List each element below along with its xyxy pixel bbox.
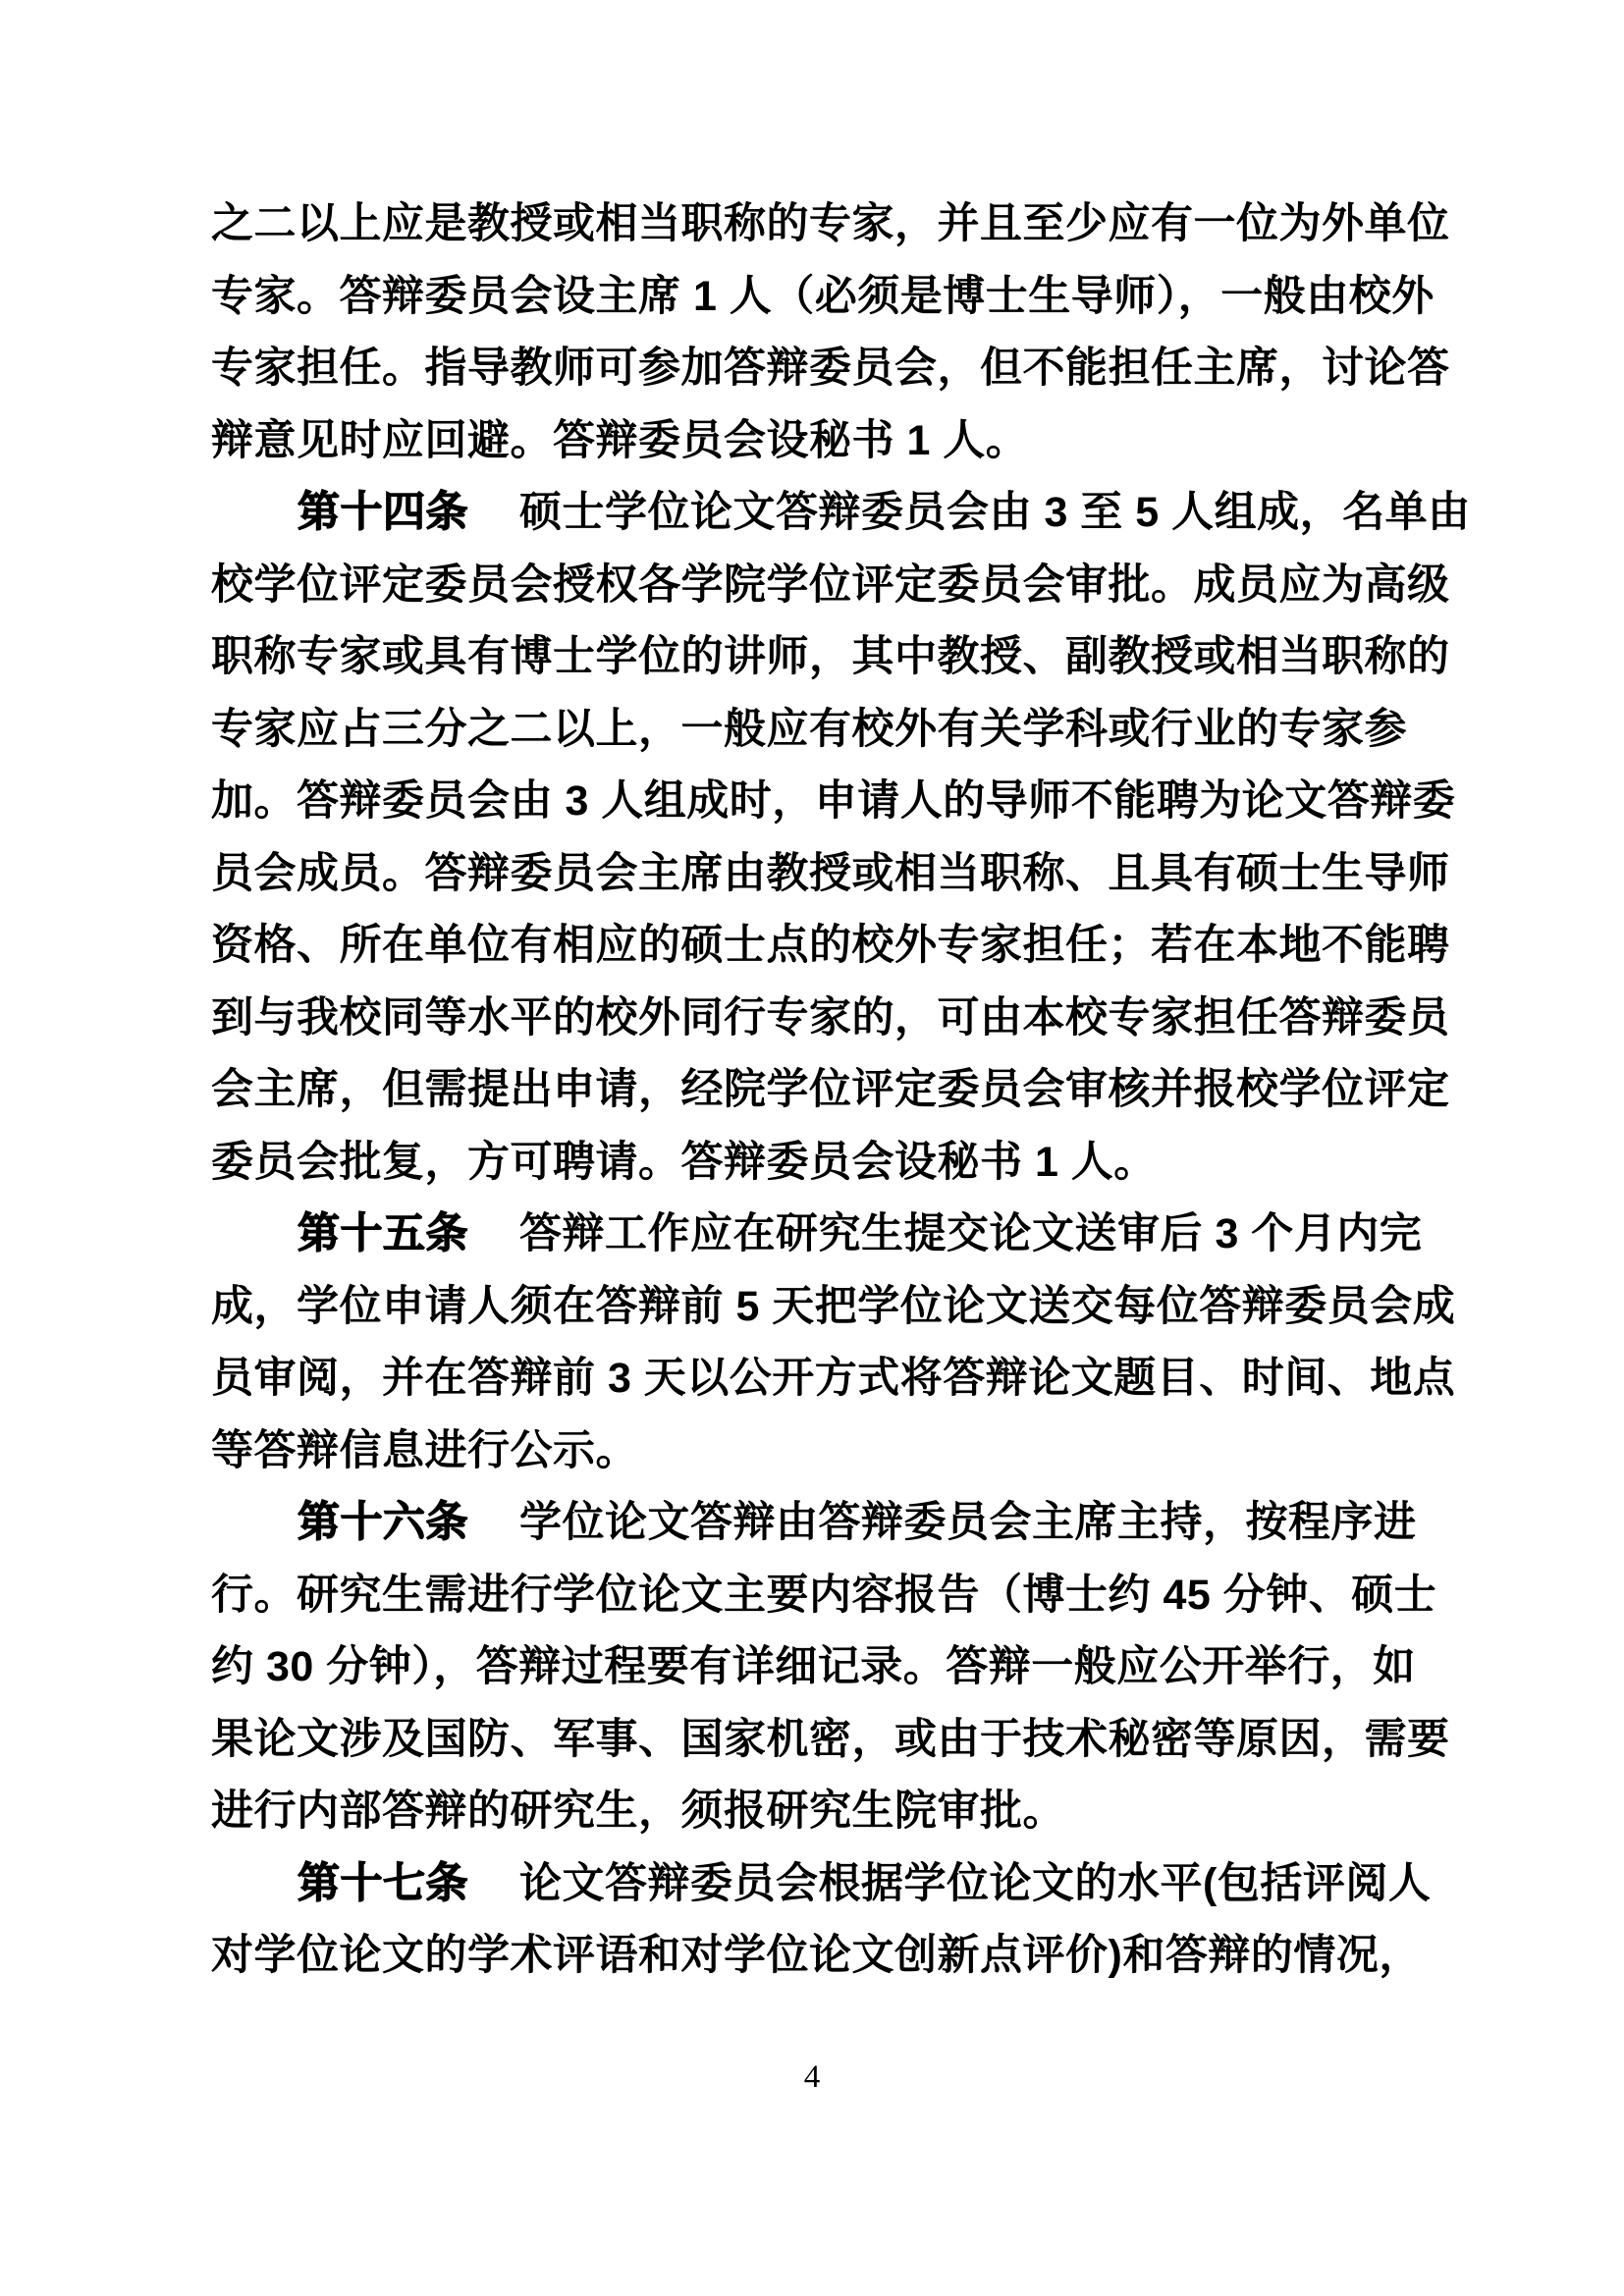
text-line: 等答辩信息进行公示。: [211, 1415, 1417, 1488]
document-page: 之二以上应是教授或相当职称的专家，并且至少应有一位为外单位 专家。答辩委员会设主…: [0, 0, 1624, 2296]
text-line: 专家担任。指导教师可参加答辩委员会，但不能担任主席，讨论答: [211, 333, 1417, 405]
paragraph-article-17: 第十七条论文答辩委员会根据学位论文的水平(包括评阅人 对学位论文的学术评语和对学…: [211, 1848, 1417, 1993]
page-number: 4: [0, 2057, 1624, 2097]
text-line: 专家。答辩委员会设主席 1 人（必须是博士生导师），一般由校外: [211, 261, 1417, 334]
text-line: 进行内部答辩的研究生，须报研究生院审批。: [211, 1776, 1417, 1848]
document-body: 之二以上应是教授或相当职称的专家，并且至少应有一位为外单位 专家。答辩委员会设主…: [211, 188, 1417, 1993]
text-line: 加。答辩委员会由 3 人组成时，申请人的导师不能聘为论文答辩委: [211, 766, 1417, 838]
text-line: 资格、所在单位有相应的硕士点的校外专家担任；若在本地不能聘: [211, 910, 1417, 983]
text-line: 成，学位申请人须在答辩前 5 天把学位论文送交每位答辩委员会成: [211, 1271, 1417, 1344]
text-line: 果论文涉及国防、军事、国家机密，或由于技术秘密等原因，需要: [211, 1704, 1417, 1777]
text-line: 委员会批复，方可聘请。答辩委员会设秘书 1 人。: [211, 1127, 1417, 1200]
article-first-line-text: 答辩工作应在研究生提交论文送审后 3 个月内完: [519, 1210, 1422, 1257]
text-line: 会主席，但需提出申请，经院学位评定委员会审核并报校学位评定: [211, 1054, 1417, 1127]
text-line: 第十六条学位论文答辩由答辩委员会主席主持，按程序进: [211, 1487, 1417, 1560]
article-first-line-text: 学位论文答辩由答辩委员会主席主持，按程序进: [519, 1499, 1417, 1546]
text-line: 第十四条硕士学位论文答辩委员会由 3 至 5 人组成，名单由: [211, 477, 1417, 550]
text-line: 辩意见时应回避。答辩委员会设秘书 1 人。: [211, 405, 1417, 478]
text-line: 第十五条答辩工作应在研究生提交论文送审后 3 个月内完: [211, 1199, 1417, 1271]
text-line: 员会成员。答辩委员会主席由教授或相当职称、且具有硕士生导师: [211, 838, 1417, 911]
article-first-line-text: 论文答辩委员会根据学位论文的水平(包括评阅人: [519, 1860, 1431, 1907]
paragraph-article-14: 第十四条硕士学位论文答辩委员会由 3 至 5 人组成，名单由 校学位评定委员会授…: [211, 477, 1417, 1199]
text-line: 专家应占三分之二以上，一般应有校外有关学科或行业的专家参: [211, 694, 1417, 767]
article-term: 第十七条: [298, 1860, 468, 1907]
article-term: 第十四条: [298, 489, 468, 536]
article-term: 第十五条: [298, 1210, 468, 1257]
text-line: 对学位论文的学术评语和对学位论文创新点评价)和答辩的情况，: [211, 1920, 1417, 1993]
text-line: 之二以上应是教授或相当职称的专家，并且至少应有一位为外单位: [211, 188, 1417, 261]
paragraph-article-15: 第十五条答辩工作应在研究生提交论文送审后 3 个月内完 成，学位申请人须在答辩前…: [211, 1199, 1417, 1487]
text-line: 职称专家或具有博士学位的讲师，其中教授、副教授或相当职称的: [211, 621, 1417, 694]
text-line: 员审阅，并在答辩前 3 天以公开方式将答辩论文题目、时间、地点: [211, 1343, 1417, 1415]
text-line: 到与我校同等水平的校外同行专家的，可由本校专家担任答辩委员: [211, 983, 1417, 1055]
paragraph-continuation: 之二以上应是教授或相当职称的专家，并且至少应有一位为外单位 专家。答辩委员会设主…: [211, 188, 1417, 477]
text-line: 行。研究生需进行学位论文主要内容报告（博士约 45 分钟、硕士: [211, 1560, 1417, 1632]
article-term: 第十六条: [298, 1499, 468, 1546]
text-line: 校学位评定委员会授权各学院学位评定委员会审批。成员应为高级: [211, 550, 1417, 622]
article-first-line-text: 硕士学位论文答辩委员会由 3 至 5 人组成，名单由: [519, 489, 1471, 536]
text-line: 约 30 分钟），答辩过程要有详细记录。答辩一般应公开举行，如: [211, 1631, 1417, 1704]
paragraph-article-16: 第十六条学位论文答辩由答辩委员会主席主持，按程序进 行。研究生需进行学位论文主要…: [211, 1487, 1417, 1848]
text-line: 第十七条论文答辩委员会根据学位论文的水平(包括评阅人: [211, 1848, 1417, 1921]
